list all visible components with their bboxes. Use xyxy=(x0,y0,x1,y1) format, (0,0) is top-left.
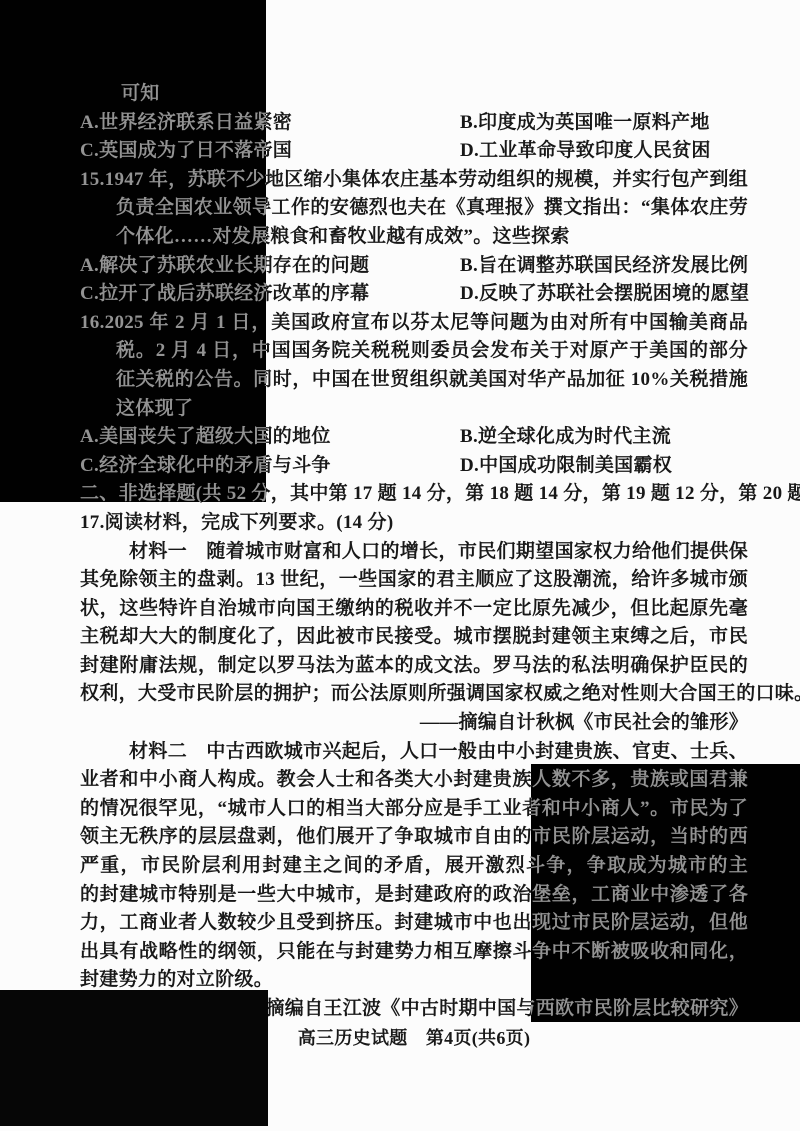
scan-black-region-middle-right-dim xyxy=(531,764,800,1022)
option-b: B.印度成为英国唯一原料产地 xyxy=(460,109,710,138)
option-b: B.逆全球化成为时代主流 xyxy=(460,423,671,452)
material-1-line-6: 权利，大受市民阶层的拥护；而公法原则所强调国家权威之绝对性则大合国王的口味。 xyxy=(0,680,800,709)
material-2-line-1: 材料二 中古西欧城市兴起后，人口一般由中小封建贵族、官吏、士兵、教士以及手工 xyxy=(0,738,800,767)
scan-black-region-bottom-left xyxy=(0,990,268,1126)
option-b: B.旨在调整苏联国民经济发展比例 xyxy=(460,252,748,281)
material-1-line-5: 封建附庸法规，制定以罗马法为蓝本的成文法。罗马法的私法明确保护臣民的私有财产 xyxy=(0,652,800,681)
material-1-line-2: 其免除领主的盘剥。13 世纪，一些国家的君主顺应了这股潮流，给许多城市颁发了特许 xyxy=(0,566,800,595)
option-d: D.反映了苏联社会摆脱困境的愿望 xyxy=(460,280,749,309)
material-1-source-citation: ——摘编自计秋枫《市民社会的雏形》 xyxy=(0,709,800,738)
material-1-line-1: 材料一 随着城市财富和人口的增长，市民们期望国家权力给他们提供保护以便使 xyxy=(0,538,800,567)
option-d: D.工业革命导致印度人民贫困 xyxy=(460,137,711,166)
material-1-line-3: 状，这些特许自治城市向国王缴纳的税收并不一定比原先减少，但比起原先毫无规律的领 xyxy=(0,595,800,624)
scan-black-region-top-left-dim xyxy=(0,0,266,502)
option-d: D.中国成功限制美国霸权 xyxy=(460,452,672,481)
question-17-header: 17.阅读材料，完成下列要求。(14 分) xyxy=(0,509,800,538)
material-1-line-4: 主税却大大的制度化了，因此被市民接受。城市摆脱封建领主束缚之后，市民便开始摈弃 xyxy=(0,623,800,652)
